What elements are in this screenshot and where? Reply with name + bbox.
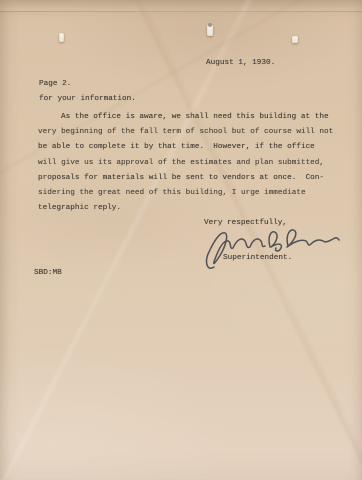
paper-fold-line [0,11,362,12]
body-line: very beginning of the fall term of schoo… [38,127,333,137]
page-number-label: Page 2. [39,79,71,89]
body-line: be able to complete it by that time. How… [38,142,315,152]
pinhole-left [59,33,64,42]
body-line: As the office is aware, we shall need th… [61,112,329,122]
pinhole-right [292,36,298,43]
signature-icon [192,226,340,274]
body-line: proposals for materials will be sent to … [38,173,324,183]
paper-top-band [0,0,362,11]
body-line: will give us its approval of the estimat… [38,158,324,168]
date-line: August 1, 1930. [206,58,275,68]
letter-page: August 1, 1930. Page 2. for your informa… [0,0,362,480]
body-line: telegraphic reply. [38,203,121,213]
body-line: sidering the great need of this building… [38,188,306,198]
carryover-line: for your information. [39,94,136,104]
typist-initials: SBD:MB [34,268,62,278]
pinhole-center [207,25,213,36]
